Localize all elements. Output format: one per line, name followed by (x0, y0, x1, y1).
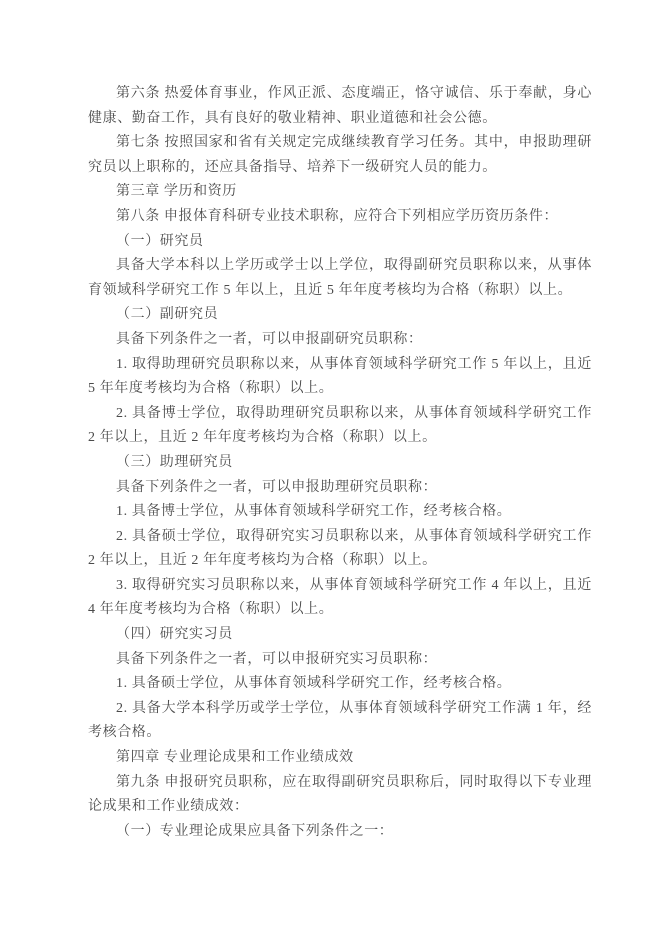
numbered-item: 2. 具备博士学位，取得助理研究员职称以来，从事体育领域科学研究工作 2 年以上… (88, 402, 592, 451)
paragraph: 具备下列条件之一者，可以申报助理研究员职称： (88, 476, 592, 501)
section-heading: （二）副研究员 (88, 303, 592, 328)
article-paragraph: 第六条 热爱体育事业，作风正派、态度端正，恪守诚信、乐于奉献，身心健康、勤奋工作… (88, 82, 592, 131)
numbered-item: 3. 取得研究实习员职称以来，从事体育领域科学研究工作 4 年以上，且近 4 年… (88, 574, 592, 623)
article-paragraph: 第八条 申报体育科研专业技术职称，应符合下列相应学历资历条件： (88, 205, 592, 230)
section-heading: （三）助理研究员 (88, 451, 592, 476)
paragraph: 具备下列条件之一者，可以申报副研究员职称： (88, 328, 592, 353)
numbered-item: 2. 具备大学本科学历或学士学位，从事体育领域科学研究工作满 1 年，经考核合格… (88, 697, 592, 746)
article-paragraph: 第七条 按照国家和省有关规定完成继续教育学习任务。其中，申报助理研究员以上职称的… (88, 131, 592, 180)
article-paragraph: 第九条 申报研究员职称，应在取得副研究员职称后，同时取得以下专业理论成果和工作业… (88, 771, 592, 820)
document-page: 第六条 热爱体育事业，作风正派、态度端正，恪守诚信、乐于奉献，身心健康、勤奋工作… (0, 0, 662, 936)
chapter-heading: 第四章 专业理论成果和工作业绩成效 (88, 746, 592, 771)
numbered-item: 1. 取得助理研究员职称以来，从事体育领域科学研究工作 5 年以上，且近 5 年… (88, 353, 592, 402)
numbered-item: 1. 具备博士学位，从事体育领域科学研究工作，经考核合格。 (88, 500, 592, 525)
section-heading: （一）专业理论成果应具备下列条件之一： (88, 820, 592, 845)
paragraph: 具备大学本科以上学历或学士以上学位，取得副研究员职称以来，从事体育领域科学研究工… (88, 254, 592, 303)
section-heading: （一）研究员 (88, 230, 592, 255)
numbered-item: 2. 具备硕士学位，取得研究实习员职称以来，从事体育领域科学研究工作 2 年以上… (88, 525, 592, 574)
section-heading: （四）研究实习员 (88, 623, 592, 648)
document-body: 第六条 热爱体育事业，作风正派、态度端正，恪守诚信、乐于奉献，身心健康、勤奋工作… (88, 82, 592, 844)
paragraph: 具备下列条件之一者，可以申报研究实习员职称： (88, 648, 592, 673)
numbered-item: 1. 具备硕士学位，从事体育领域科学研究工作，经考核合格。 (88, 672, 592, 697)
chapter-heading: 第三章 学历和资历 (88, 180, 592, 205)
